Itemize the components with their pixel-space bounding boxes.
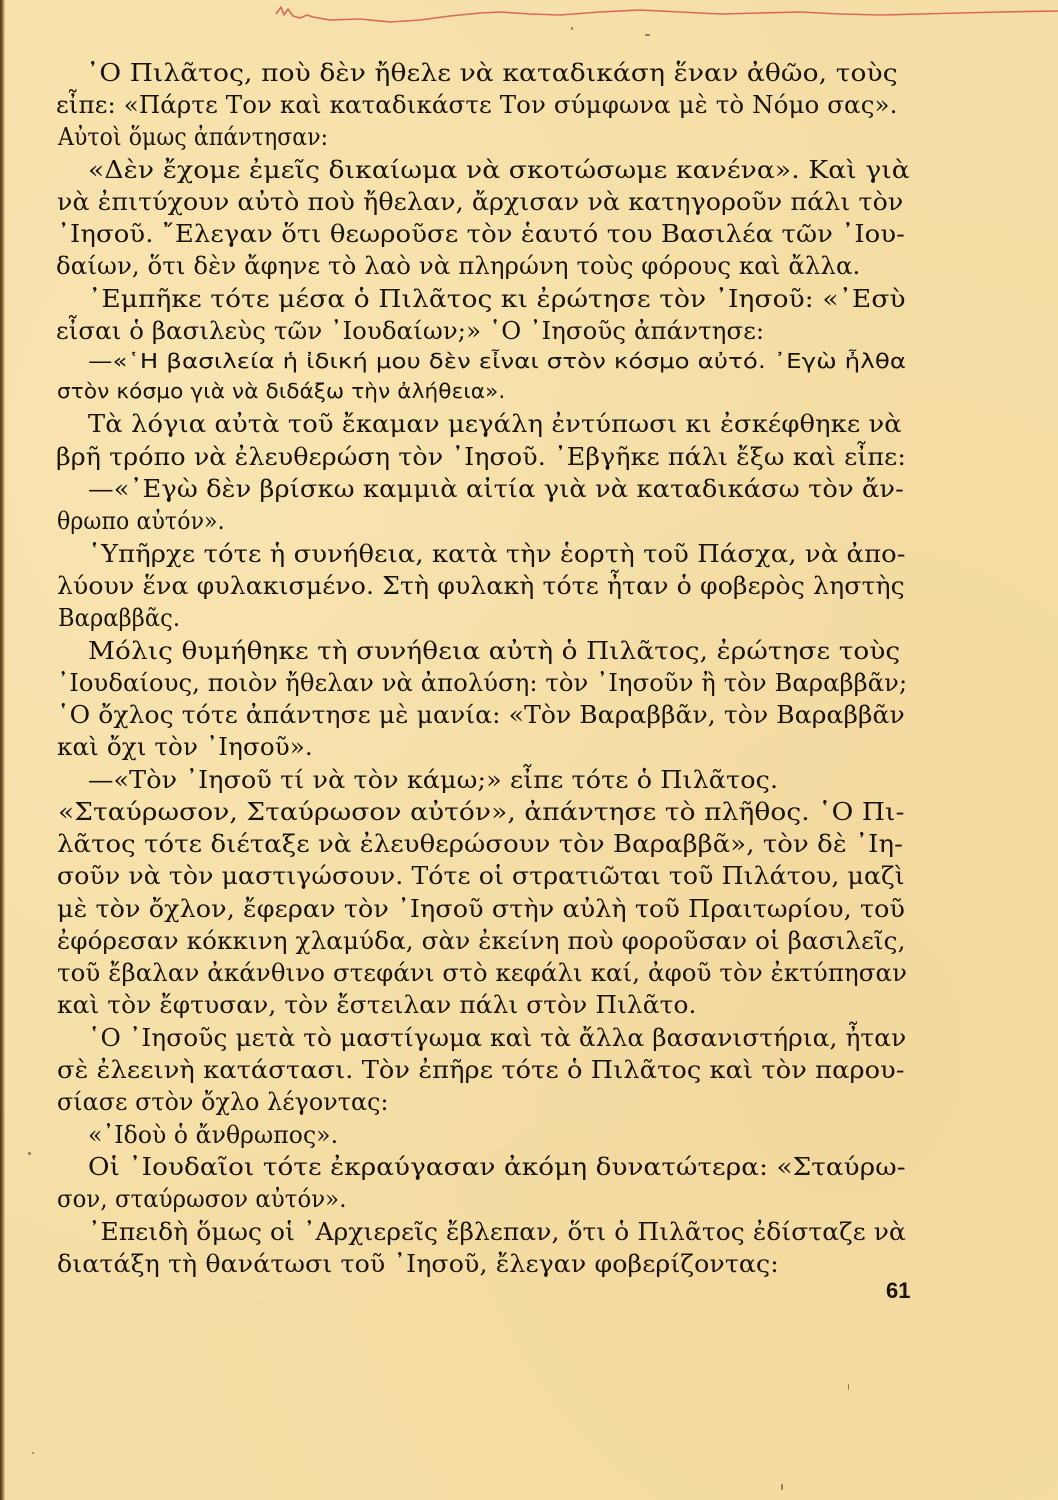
text-line: στὸν κόσμο γιὰ νὰ διδάξω τὴν ἀλήθεια». <box>57 376 505 406</box>
text-line: ῾Ο ὄχλος τότε ἀπάντησε μὲ μανία: «Τὸν Βα… <box>57 700 905 730</box>
text-line: ᾿Ο Πιλᾶτος, ποὺ δὲν ἤθελε νὰ καταδικάση … <box>86 58 898 88</box>
text-line: Αὐτοὶ ὅμως ἀπάντησαν: <box>58 122 328 152</box>
text-line: Οἱ ᾿Ιουδαῖοι τότε ἐκραύγασαν ἀκόμη δυνατ… <box>88 1152 906 1182</box>
page-number: 61 <box>886 1278 910 1304</box>
text-line: ἐφόρεσαν κόκκινη χλαμύδα, σὰν ἐκείνη ποὺ… <box>57 926 906 956</box>
paper-speck <box>645 34 650 36</box>
text-line: διατάξη τὴ θανάτωσι τοῦ ᾿Ιησοῦ, ἔλεγαν φ… <box>57 1249 779 1279</box>
text-line: «᾿Ιδοὺ ὁ ἄνθρωπος». <box>88 1120 338 1150</box>
text-line: τοῦ ἔβαλαν ἀκάνθινο στεφάνι στὸ κεφάλι κ… <box>57 958 907 988</box>
text-line: εἶσαι ὁ βασιλεὺς τῶν ᾿Ιουδαίων;» ῾Ο ᾿Ιησ… <box>56 316 764 346</box>
paper-speck <box>32 1452 34 1454</box>
paper-speck <box>848 1384 849 1390</box>
text-line: μὲ τὸν ὄχλον, ἔφεραν τὸν ᾿Ιησοῦ στὴν αὐλ… <box>57 894 905 924</box>
text-line: καὶ τὸν ἔφτυσαν, τὸν ἔστειλαν πάλι στὸν … <box>57 990 696 1020</box>
text-line: ᾿Εμπῆκε τότε μέσα ὁ Πιλᾶτος κι ἐρώτησε τ… <box>88 284 906 314</box>
text-line: Τὰ λόγια αὐτὰ τοῦ ἔκαμαν μεγάλη ἐντύπωσι… <box>88 409 902 439</box>
text-line: σοῦν νὰ τὸν μαστιγώσουν. Τότε οἱ στρατιῶ… <box>57 861 905 891</box>
text-line: σον, σταύρωσον αὐτόν». <box>57 1184 347 1214</box>
text-line: θρωπο αὐτόν». <box>57 506 225 536</box>
text-line: δαίων, ὅτι δὲν ἄφηνε τὸ λαὸ νὰ πληρώνη τ… <box>56 251 860 281</box>
text-line: ᾿Επειδὴ ὅμως οἱ ᾿Αρχιερεῖς ἔβλεπαν, ὅτι … <box>88 1217 906 1247</box>
page-binding-edge <box>0 0 5 1500</box>
text-line: ῾Υπῆρχε τότε ἡ συνήθεια, κατὰ τὴν ἑορτὴ … <box>88 539 906 569</box>
text-line: —«Τὸν ᾿Ιησοῦ τί νὰ τὸν κάμω;» εἶπε τότε … <box>88 765 778 795</box>
text-line: νὰ ἐπιτύχουν αὐτὸ ποὺ ἤθελαν, ἄρχισαν νὰ… <box>57 187 903 217</box>
text-line: «Σταύρωσον, Σταύρωσον αὐτόν», ἀπάντησε τ… <box>58 797 904 827</box>
text-line: —«᾿Εγὼ δὲν βρίσκω καμμιὰ αἰτία γιὰ νὰ κα… <box>88 474 904 504</box>
text-line: εἶπε: «Πάρτε Τον καὶ καταδικάστε Τον σύμ… <box>56 90 898 120</box>
text-line: Μόλις θυμήθηκε τὴ συνήθεια αὐτὴ ὁ Πιλᾶτο… <box>88 636 900 666</box>
text-line: ᾿Ιουδαίους, ποιὸν ἤθελαν νὰ ἀπολύση: τὸν… <box>57 668 907 698</box>
text-line: σίασε στὸν ὄχλο λέγοντας: <box>57 1087 389 1117</box>
paper-speck <box>781 1484 783 1490</box>
text-line: Βαραββᾶς. <box>58 603 180 633</box>
text-line: βρῆ τρόπο νὰ ἐλευθερώση τὸν ᾿Ιησοῦ. ᾿Εβγ… <box>56 442 906 472</box>
text-line: καὶ ὄχι τὸν ᾿Ιησοῦ». <box>57 732 313 762</box>
text-line: λύουν ἕνα φυλακισμένο. Στὴ φυλακὴ τότε ἦ… <box>57 571 905 601</box>
book-page: ᾿Ο Πιλᾶτος, ποὺ δὲν ἤθελε νὰ καταδικάση … <box>0 0 1058 1500</box>
text-line: ῾Ο ᾿Ιησοῦς μετὰ τὸ μαστίγωμα καὶ τὰ ἄλλα… <box>88 1023 906 1053</box>
text-line: σὲ ἐλεεινὴ κατάστασι. Τὸν ἐπῆρε τότε ὁ Π… <box>57 1055 905 1085</box>
paper-speck <box>28 1152 31 1155</box>
text-line: —«῾Η βασιλεία ἡ ἰδική μου δὲν εἶναι στὸν… <box>88 346 906 376</box>
text-line: ᾿Ιησοῦ. ῎Ελεγαν ὅτι θεωροῦσε τὸν ἑαυτό τ… <box>57 219 905 249</box>
red-pencil-mark <box>0 0 1058 30</box>
text-line: λᾶτος τότε διέταξε νὰ ἐλευθερώσουν τὸν Β… <box>57 829 903 859</box>
paper-speck <box>571 27 573 30</box>
text-line: «Δὲν ἔχομε ἐμεῖς δικαίωμα νὰ σκοτώσωμε κ… <box>88 155 910 185</box>
